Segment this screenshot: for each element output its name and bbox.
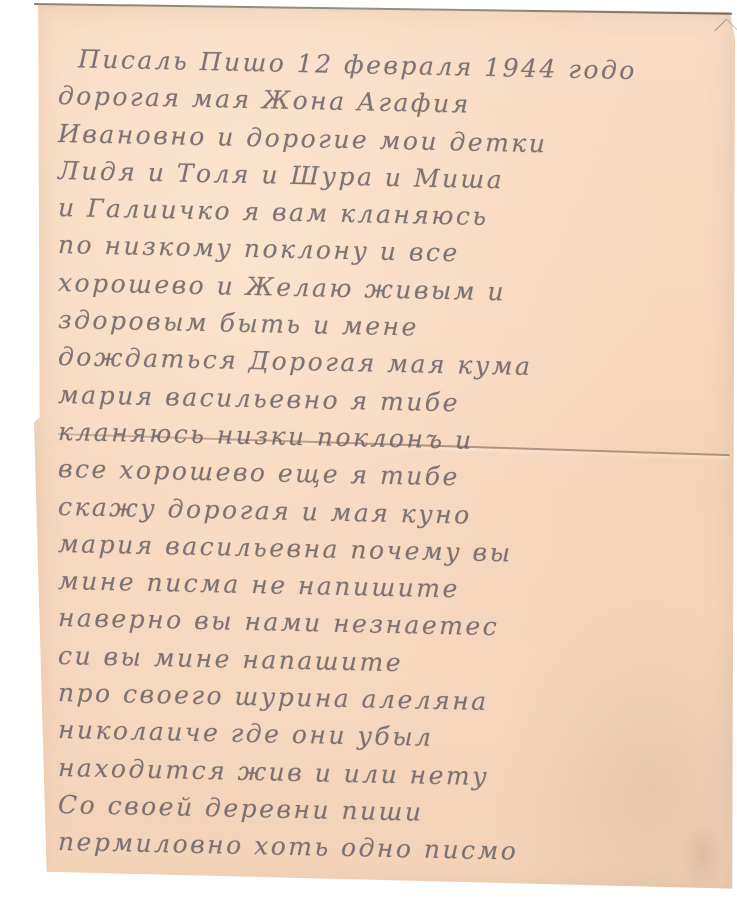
- handwritten-letter-body: Писаль Пишо 12 февраля 1944 годо дорогая…: [58, 40, 728, 861]
